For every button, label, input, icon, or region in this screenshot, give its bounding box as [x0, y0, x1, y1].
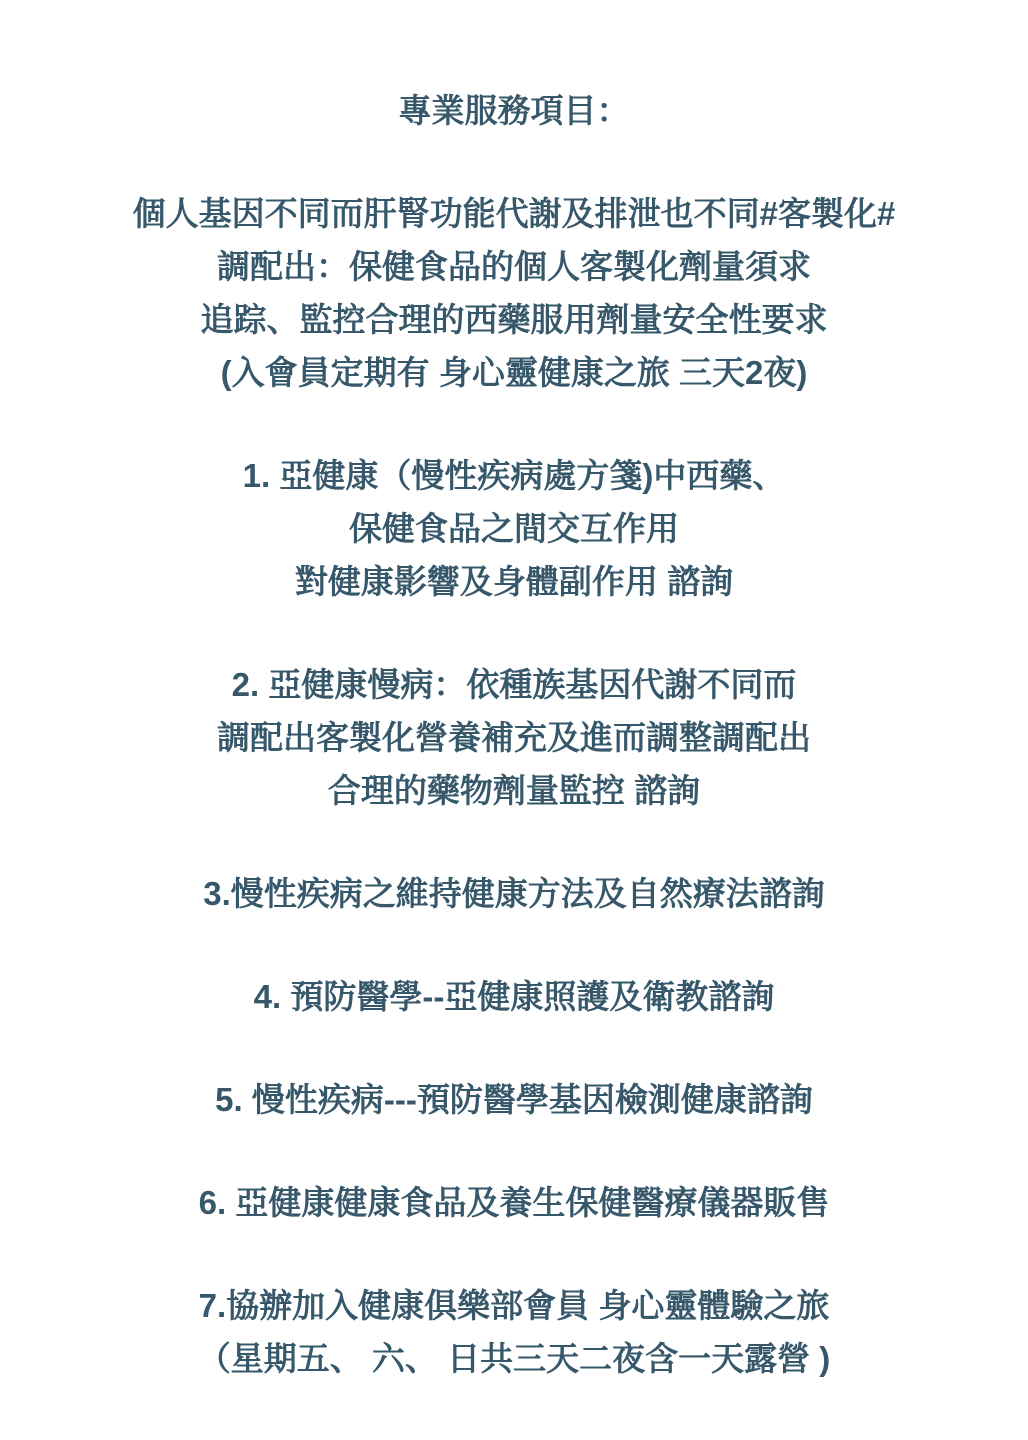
service-item-line: 1. 亞健康（慢性疾病處方箋)中西藥、 — [0, 449, 1028, 502]
service-item-1: 1. 亞健康（慢性疾病處方箋)中西藥、 保健食品之間交互作用 對健康影響及身體副… — [0, 449, 1028, 608]
service-item-line: 保健食品之間交互作用 — [0, 502, 1028, 555]
service-item-line: （星期五、 六、 日共三天二夜含一天露營 ) — [0, 1332, 1028, 1385]
service-item-line: 6. 亞健康健康食品及養生保健醫療儀器販售 — [0, 1176, 1028, 1229]
service-item-line: 對健康影響及身體副作用 諮詢 — [0, 555, 1028, 608]
page-title: 專業服務項目： — [0, 84, 1028, 137]
intro-line: 調配出：保健食品的個人客製化劑量須求 — [0, 240, 1028, 293]
service-item-4: 4. 預防醫學--亞健康照護及衛教諮詢 — [0, 970, 1028, 1023]
service-item-line: 4. 預防醫學--亞健康照護及衛教諮詢 — [0, 970, 1028, 1023]
service-item-7: 7.協辦加入健康俱樂部會員 身心靈體驗之旅 （星期五、 六、 日共三天二夜含一天… — [0, 1279, 1028, 1385]
service-item-line: 3.慢性疾病之維持健康方法及自然療法諮詢 — [0, 867, 1028, 920]
service-item-line: 7.協辦加入健康俱樂部會員 身心靈體驗之旅 — [0, 1279, 1028, 1332]
intro-paragraph: 個人基因不同而肝腎功能代謝及排泄也不同#客製化# 調配出：保健食品的個人客製化劑… — [0, 187, 1028, 399]
service-item-line: 2. 亞健康慢病：依種族基因代謝不同而 — [0, 658, 1028, 711]
intro-line: 追踪、監控合理的西藥服用劑量安全性要求 — [0, 293, 1028, 346]
service-item-line: 調配出客製化營養補充及進而調整調配出 — [0, 711, 1028, 764]
service-list-document: 專業服務項目： 個人基因不同而肝腎功能代謝及排泄也不同#客製化# 調配出：保健食… — [0, 0, 1028, 1440]
service-item-line: 合理的藥物劑量監控 諮詢 — [0, 764, 1028, 817]
service-item-6: 6. 亞健康健康食品及養生保健醫療儀器販售 — [0, 1176, 1028, 1229]
intro-line: (入會員定期有 身心靈健康之旅 三天2夜) — [0, 346, 1028, 399]
intro-line: 個人基因不同而肝腎功能代謝及排泄也不同#客製化# — [0, 187, 1028, 240]
service-item-5: 5. 慢性疾病---預防醫學基因檢測健康諮詢 — [0, 1073, 1028, 1126]
service-item-3: 3.慢性疾病之維持健康方法及自然療法諮詢 — [0, 867, 1028, 920]
service-item-2: 2. 亞健康慢病：依種族基因代謝不同而 調配出客製化營養補充及進而調整調配出 合… — [0, 658, 1028, 817]
service-item-line: 5. 慢性疾病---預防醫學基因檢測健康諮詢 — [0, 1073, 1028, 1126]
